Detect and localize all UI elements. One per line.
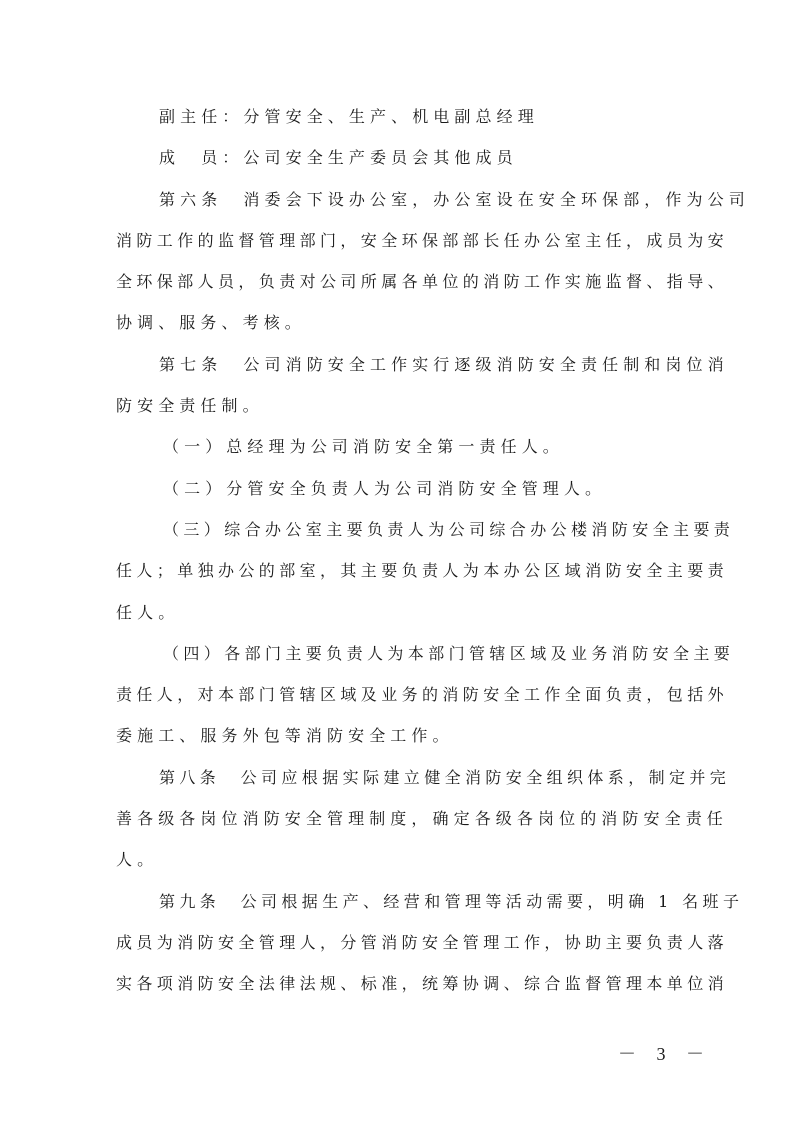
article-7-item-3-line-1: （三）综合办公室主要负责人为公司综合办公楼消防安全主要责 bbox=[116, 514, 676, 555]
article-7-item-4-line-1: （四）各部门主要负责人为本部门管辖区域及业务消防安全主要 bbox=[116, 638, 676, 679]
article-6-line-2: 消防工作的监督管理部门，安全环保部部长任办公室主任，成员为安 bbox=[116, 225, 676, 266]
article-9-line-1: 第九条 公司根据生产、经营和管理等活动需要，明确 1 名班子 bbox=[116, 886, 676, 927]
article-8-line-3: 人。 bbox=[116, 844, 676, 885]
document-body: 副主任：分管安全、生产、机电副总经理 成 员：公司安全生产委员会其他成员 第六条… bbox=[116, 101, 676, 1010]
article-7-line-2: 防安全责任制。 bbox=[116, 390, 676, 431]
article-7-line-1: 第七条 公司消防安全工作实行逐级消防安全责任制和岗位消 bbox=[116, 349, 676, 390]
article-9-line-2: 成员为消防安全管理人，分管消防安全管理工作，协助主要负责人落 bbox=[116, 927, 676, 968]
article-6-line-3: 全环保部人员，负责对公司所属各单位的消防工作实施监督、指导、 bbox=[116, 266, 676, 307]
article-8-line-2: 善各级各岗位消防安全管理制度，确定各级各岗位的消防安全责任 bbox=[116, 803, 676, 844]
article-7-item-3-line-2: 任人；单独办公的部室，其主要负责人为本办公区域消防安全主要责 bbox=[116, 555, 676, 596]
article-7-item-3-line-3: 任人。 bbox=[116, 597, 676, 638]
text-line-deputy-director: 副主任：分管安全、生产、机电副总经理 bbox=[116, 101, 676, 142]
article-6-line-4: 协调、服务、考核。 bbox=[116, 307, 676, 348]
article-6-line-1: 第六条 消委会下设办公室，办公室设在安全环保部，作为公司 bbox=[116, 184, 676, 225]
article-9-line-3: 实各项消防安全法律法规、标准，统筹协调、综合监督管理本单位消 bbox=[116, 968, 676, 1009]
article-7-item-4-line-3: 委施工、服务外包等消防安全工作。 bbox=[116, 720, 676, 761]
article-7-item-2: （二）分管安全负责人为公司消防安全管理人。 bbox=[116, 473, 676, 514]
article-8-line-1: 第八条 公司应根据实际建立健全消防安全组织体系，制定并完 bbox=[116, 762, 676, 803]
page-number: － 3 － bbox=[618, 1040, 712, 1066]
text-line-members: 成 员：公司安全生产委员会其他成员 bbox=[116, 142, 676, 183]
article-7-item-4-line-2: 责任人，对本部门管辖区域及业务的消防安全工作全面负责，包括外 bbox=[116, 679, 676, 720]
article-7-item-1: （一）总经理为公司消防安全第一责任人。 bbox=[116, 431, 676, 472]
